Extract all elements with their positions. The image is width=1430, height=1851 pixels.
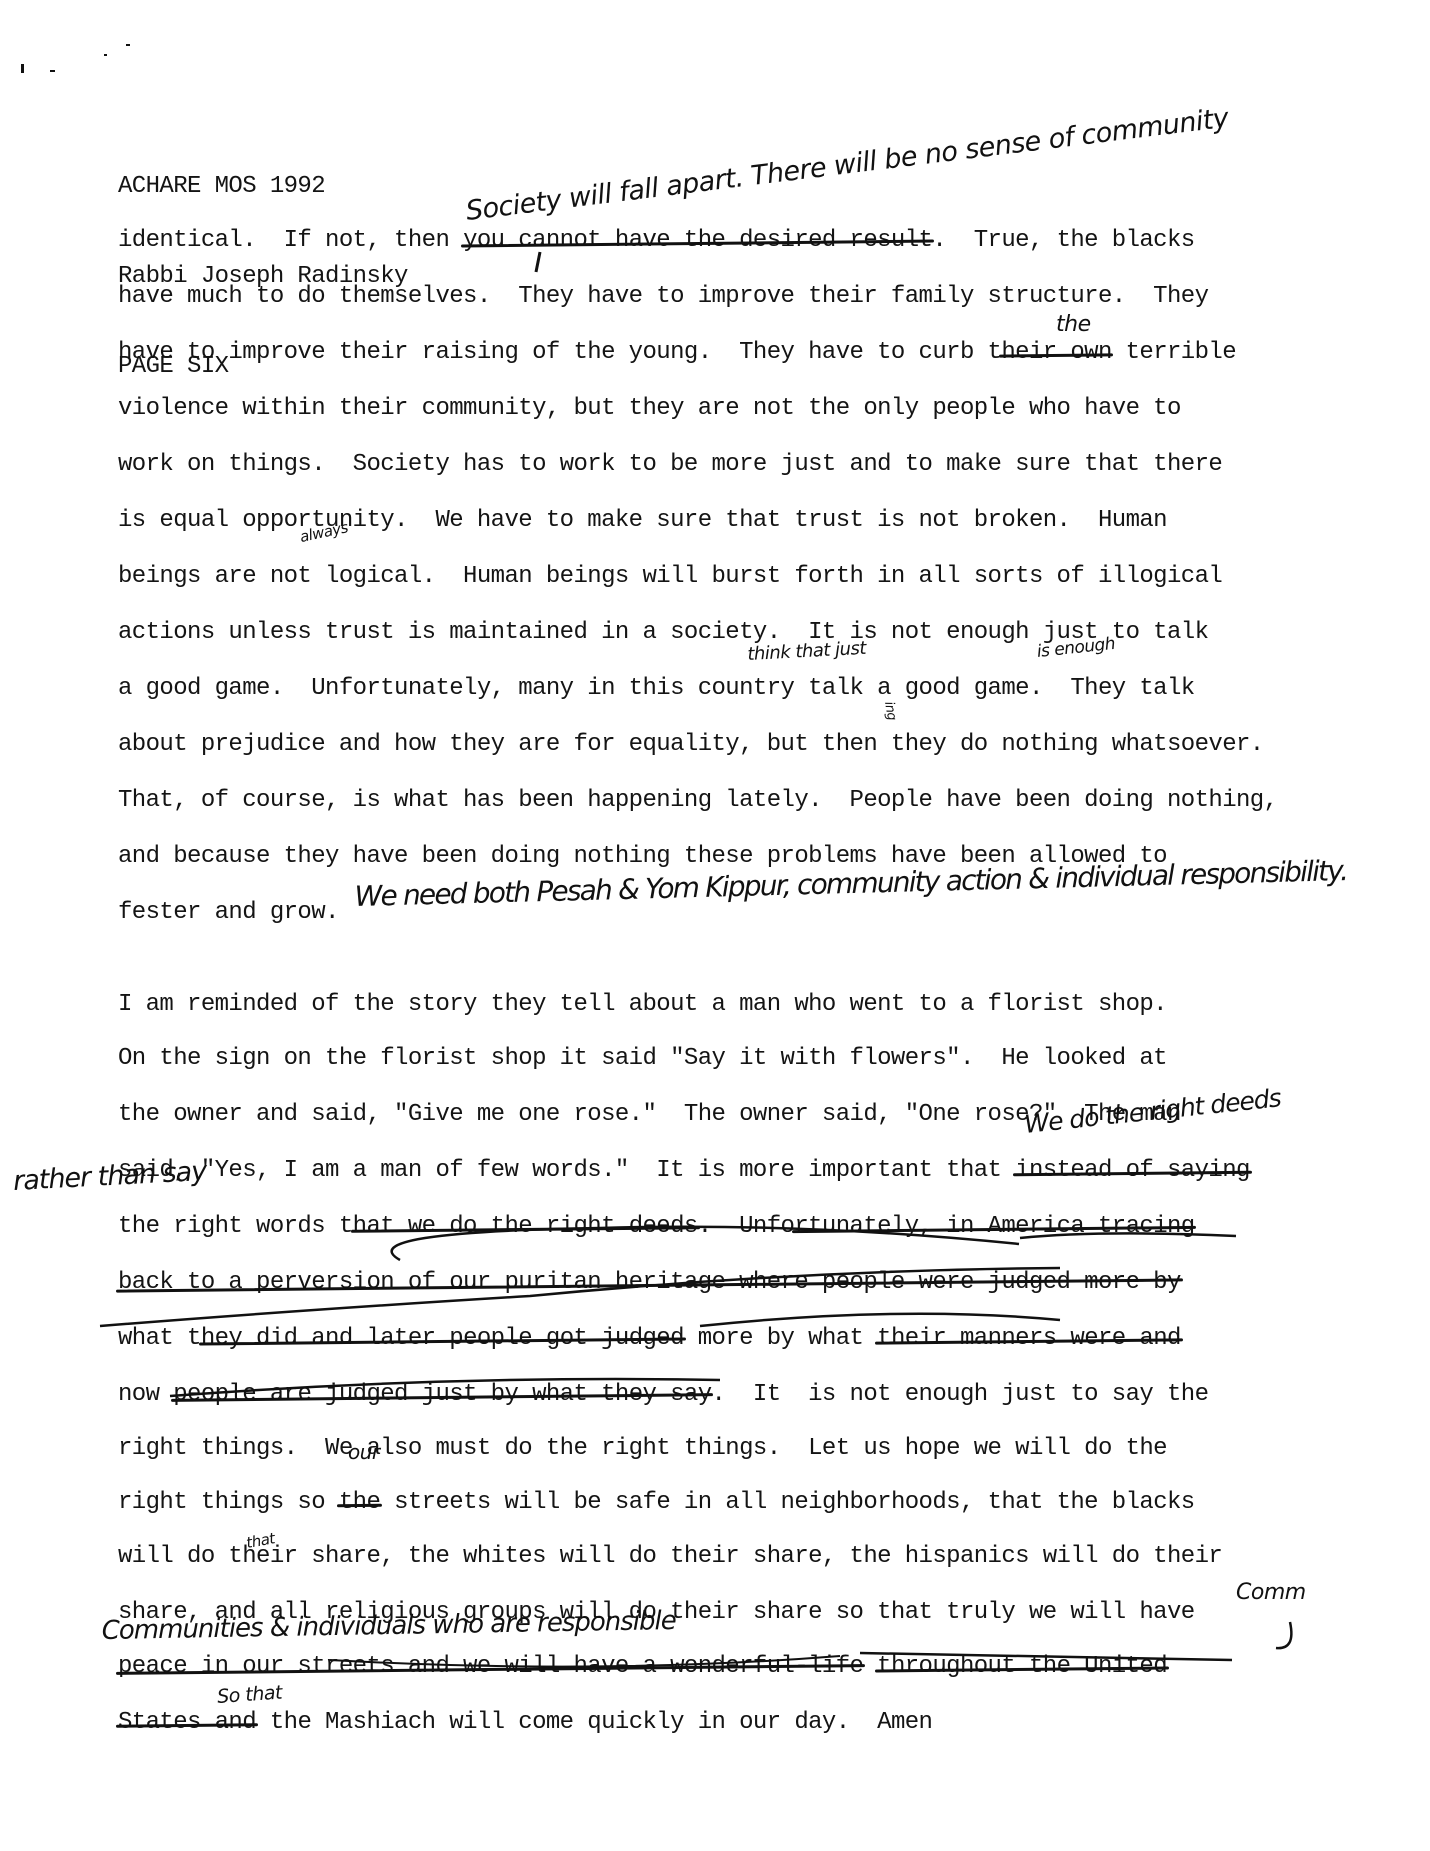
text-line: fester and grow. bbox=[118, 898, 339, 928]
text-line: right things so the streets will be safe… bbox=[118, 1488, 1195, 1518]
annotation-ing-insert: ing bbox=[881, 700, 899, 721]
text-segment: what t bbox=[118, 1325, 201, 1352]
text-segment: the owner and said, "Give me one rose." … bbox=[118, 1101, 1181, 1128]
text-segment: identical. If not, then bbox=[118, 227, 463, 254]
text-line: beings are not logical. Human beings wil… bbox=[118, 562, 1222, 592]
struck-text: hey did and later people got judged bbox=[201, 1325, 684, 1352]
struck-text: throughout the United bbox=[877, 1653, 1167, 1680]
scan-speck bbox=[126, 44, 130, 46]
text-segment: right things. We also must do the right … bbox=[118, 1435, 1167, 1462]
text-segment: the right words t bbox=[118, 1213, 353, 1240]
text-line: peace in our streets and we will have a … bbox=[118, 1652, 1167, 1682]
text-line: now people are judged just by what they … bbox=[118, 1380, 1208, 1410]
text-line: a good game. Unfortunately, many in this… bbox=[118, 674, 1195, 704]
annotation-so-that: So that bbox=[216, 1682, 282, 1708]
struck-text: hat we do the right deeds bbox=[353, 1213, 698, 1240]
text-line: identical. If not, then you cannot have … bbox=[118, 226, 1195, 256]
text-line: the owner and said, "Give me one rose." … bbox=[118, 1100, 1181, 1130]
text-line: back to a perversion of our puritan heri… bbox=[118, 1268, 1181, 1298]
struck-text: States and bbox=[118, 1709, 256, 1736]
text-segment: That, of course, is what has been happen… bbox=[118, 787, 1277, 814]
text-line: what they did and later people got judge… bbox=[118, 1324, 1181, 1354]
text-line: the right words that we do the right dee… bbox=[118, 1212, 1195, 1242]
text-segment: I am reminded of the story they tell abo… bbox=[118, 991, 1167, 1018]
text-segment: said, "Yes, I am a man of few words." It… bbox=[118, 1157, 1015, 1184]
text-line: That, of course, is what has been happen… bbox=[118, 786, 1277, 816]
text-line: will do their share, the whites will do … bbox=[118, 1542, 1222, 1572]
text-line: is equal opportunity. We have to make su… bbox=[118, 506, 1167, 536]
annotation-the-insert: the bbox=[1056, 312, 1091, 337]
text-segment: terrible bbox=[1112, 339, 1236, 366]
annotation-comm-margin: Comm bbox=[1236, 1580, 1306, 1605]
text-line: On the sign on the florist shop it said … bbox=[118, 1044, 1167, 1074]
annotation-we-do-right-deeds: We do the right deeds bbox=[1023, 1083, 1282, 1139]
text-segment: is equal opportunity. We have to make su… bbox=[118, 507, 1167, 534]
text-segment: work on things. Society has to work to b… bbox=[118, 451, 1222, 478]
text-segment: the Mashiach will come quickly in our da… bbox=[256, 1709, 932, 1736]
text-line: right things. We also must do the right … bbox=[118, 1434, 1167, 1464]
scan-speck bbox=[50, 70, 55, 72]
struck-text: their manners were and bbox=[877, 1325, 1181, 1352]
text-segment: right things so bbox=[118, 1489, 339, 1516]
text-segment: violence within their community, but the… bbox=[118, 395, 1181, 422]
text-segment: have much to do themselves. They have to… bbox=[118, 283, 1208, 310]
struck-text: rtunately, in America tracing bbox=[794, 1213, 1194, 1240]
text-segment: about prejudice and how they are for equ… bbox=[118, 731, 1264, 758]
text-segment: . It is not enough just to say the bbox=[712, 1381, 1209, 1408]
text-segment: will do their share, the whites will do … bbox=[118, 1543, 1222, 1570]
text-line: work on things. Society has to work to b… bbox=[118, 450, 1222, 480]
document-page: ACHARE MOS 1992 Rabbi Joseph Radinsky PA… bbox=[0, 0, 1430, 1851]
text-line: violence within their community, but the… bbox=[118, 394, 1181, 424]
struck-text: peace in our streets and we will have a … bbox=[118, 1653, 863, 1680]
annotation-our-insert: our bbox=[348, 1440, 380, 1464]
text-segment bbox=[863, 1653, 877, 1680]
annotation-rather-than: rather than say bbox=[12, 1156, 207, 1197]
struck-text: people are judged just by what they say bbox=[173, 1381, 711, 1408]
struck-text: back to a perversion of our puritan heri… bbox=[118, 1269, 1181, 1296]
text-line: States and the Mashiach will come quickl… bbox=[118, 1708, 932, 1738]
text-segment: . Unfo bbox=[698, 1213, 795, 1240]
scan-speck bbox=[21, 64, 24, 73]
text-segment: beings are not logical. Human beings wil… bbox=[118, 563, 1222, 590]
text-segment: fester and grow. bbox=[118, 899, 339, 926]
header-title: ACHARE MOS 1992 bbox=[118, 172, 408, 202]
struck-text: the bbox=[339, 1489, 380, 1516]
text-segment: more by what bbox=[684, 1325, 877, 1352]
text-line: about prejudice and how they are for equ… bbox=[118, 730, 1264, 760]
document-header: ACHARE MOS 1992 Rabbi Joseph Radinsky PA… bbox=[118, 112, 408, 442]
struck-text: heir own bbox=[1001, 339, 1111, 366]
text-line: said, "Yes, I am a man of few words." It… bbox=[118, 1156, 1250, 1186]
struck-text: instead of saying bbox=[1015, 1157, 1250, 1184]
annotation-society-fall-apart: Society will fall apart. There will be n… bbox=[464, 103, 1230, 227]
text-segment: On the sign on the florist shop it said … bbox=[118, 1045, 1167, 1072]
text-line: have much to do themselves. They have to… bbox=[118, 282, 1208, 312]
text-segment: now bbox=[118, 1381, 173, 1408]
text-line: I am reminded of the story they tell abo… bbox=[118, 990, 1167, 1020]
text-segment: a good game. Unfortunately, many in this… bbox=[118, 675, 1195, 702]
text-segment: . True, the blacks bbox=[932, 227, 1194, 254]
text-line: have to improve their raising of the you… bbox=[118, 338, 1236, 368]
scan-speck bbox=[104, 54, 107, 56]
struck-text: you cannot have the desired result bbox=[463, 227, 932, 254]
text-segment: have to improve their raising of the you… bbox=[118, 339, 1001, 366]
text-segment: streets will be safe in all neighborhood… bbox=[380, 1489, 1194, 1516]
